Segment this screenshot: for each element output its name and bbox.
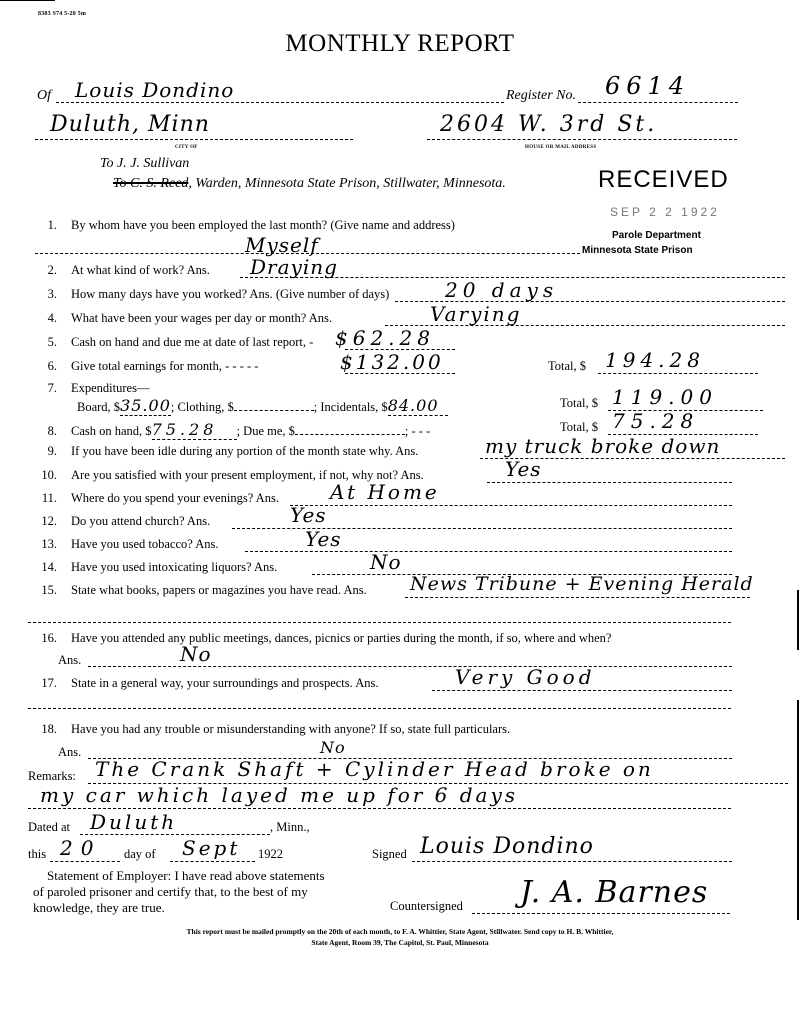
signed-label: Signed: [372, 847, 407, 862]
stamp-organization: Minnesota State Prison: [582, 245, 693, 256]
register-number: 6614: [605, 72, 690, 100]
day-line: [50, 861, 120, 862]
question-8: 8.Cash on hand, $75.28; Due me, $; - - -: [33, 420, 430, 440]
answer-17: Very Good: [455, 665, 596, 689]
address-line: [427, 139, 737, 140]
expenditures-row: Board, $35.00; Clothing, $; Incidentals,…: [77, 396, 448, 416]
answer-line-16: [88, 666, 732, 667]
answer-13: Yes: [305, 527, 342, 551]
employer-signature: J. A. Barnes: [520, 875, 708, 910]
scan-edge-line: [0, 0, 55, 1]
answer-1: Myself: [245, 233, 319, 257]
dated-state: , Minn.,: [270, 820, 310, 835]
question-15: 15.State what books, papers or magazines…: [33, 583, 367, 598]
question-18: 18.Have you had any trouble or misunders…: [33, 722, 510, 737]
clothing-value: [234, 410, 314, 411]
struck-name: To C. S. Reed: [113, 176, 188, 191]
city-line: [35, 139, 353, 140]
question-13: 13.Have you used tobacco? Ans.: [33, 537, 219, 552]
answer-16: No: [180, 642, 212, 666]
cash-on-hand-value: 75.28: [152, 420, 237, 440]
question-14: 14.Have you used intoxicating liquors? A…: [33, 560, 277, 575]
due-me-value: [295, 434, 405, 435]
of-label: Of: [37, 88, 51, 104]
answer-9: my truck broke down: [485, 434, 720, 458]
employer-statement: Statement of Employer: I have read above…: [33, 868, 338, 916]
to-label: To J. J. Sullivan: [100, 156, 189, 172]
question-7: 7.Expenditures—: [33, 381, 149, 396]
answer-2: Draying: [250, 255, 338, 279]
total-8: 75.28: [612, 409, 699, 433]
question-12: 12.Do you attend church? Ans.: [33, 514, 210, 529]
answer-12: Yes: [290, 503, 327, 527]
warden-line: To C. S. Reed, Warden, Minnesota State P…: [113, 176, 506, 192]
question-17: 17.State in a general way, your surround…: [33, 676, 378, 691]
remarks-text-1: The Crank Shaft + Cylinder Head broke on: [95, 757, 654, 781]
answer-3: 20 days: [445, 278, 558, 302]
answer-18: No: [320, 738, 346, 757]
question-2: 2.At what kind of work? Ans.: [33, 263, 210, 278]
received-stamp: RECEIVED: [598, 166, 729, 194]
ans-label-18: Ans.: [58, 745, 81, 760]
answer-line-10: [487, 482, 732, 483]
total-label-6: Total, $: [548, 359, 586, 374]
answer-line-17: [432, 690, 732, 691]
question-1: 1.By whom have you been employed the las…: [33, 218, 455, 233]
remarks-text-2: my car which layed me up for 6 days: [40, 783, 518, 807]
total-label-8: Total, $: [560, 420, 598, 435]
register-label: Register No.: [506, 88, 576, 104]
page-title: MONTHLY REPORT: [0, 30, 800, 58]
countersigned-line: [472, 913, 730, 914]
city-caption: CITY OF: [175, 145, 198, 150]
answer-line-15b: [28, 622, 731, 623]
parolee-signature: Louis Dondino: [420, 834, 594, 859]
board-value: 35.00: [120, 396, 171, 416]
this-label: this: [28, 847, 46, 862]
city-value: Duluth, Minn: [50, 112, 210, 137]
of-line: [56, 102, 504, 103]
answer-line-15: [405, 597, 750, 598]
signature-line: [412, 861, 732, 862]
warden-text: , Warden, Minnesota State Prison, Stillw…: [188, 176, 505, 191]
footer-line-1: This report must be mailed promptly on t…: [0, 927, 800, 936]
scan-edge-bar: [797, 590, 799, 650]
day-of-label: day of: [124, 847, 156, 862]
answer-5: $62.28: [335, 326, 435, 350]
question-6: 6.Give total earnings for month, - - - -…: [33, 359, 258, 374]
dated-month: Sept: [182, 836, 240, 860]
form-code: 8383 S74 5-20 5m: [38, 11, 86, 17]
total-7: 119.00: [612, 385, 718, 409]
answer-11: At Home: [330, 480, 440, 504]
total-line-6: [598, 373, 758, 374]
remarks-label: Remarks:: [28, 769, 76, 784]
answer-6: $132.00: [340, 350, 444, 374]
month-line: [170, 861, 255, 862]
dated-label: Dated at: [28, 820, 70, 835]
scan-edge-bar-lower: [797, 700, 799, 920]
address-caption: HOUSE OR MAIL ADDRESS: [525, 145, 596, 150]
total-label-7: Total, $: [560, 396, 598, 411]
register-line: [578, 102, 738, 103]
dated-year: 1922: [258, 847, 283, 862]
countersigned-label: Countersigned: [390, 899, 463, 914]
dated-place-line: [80, 834, 270, 835]
incidentals-value: 84.00: [388, 396, 448, 416]
answer-4: Varying: [430, 302, 521, 326]
dated-place: Duluth: [90, 810, 177, 834]
question-3: 3.How many days have you worked? Ans. (G…: [33, 287, 389, 302]
stamp-date: SEP 2 2 1922: [610, 205, 720, 219]
answer-line-17b: [28, 708, 731, 709]
question-16: 16.Have you attended any public meetings…: [33, 631, 611, 646]
total-6: 194.28: [605, 348, 705, 372]
remarks-line-2: [28, 808, 731, 809]
question-11: 11.Where do you spend your evenings? Ans…: [33, 491, 279, 506]
address-value: 2604 W. 3rd St.: [440, 112, 657, 137]
question-5: 5.Cash on hand and due me at date of las…: [33, 335, 313, 350]
question-4: 4.What have been your wages per day or m…: [33, 311, 332, 326]
stamp-department: Parole Department: [612, 230, 701, 241]
footer-line-2: State Agent, Room 39, The Capitol, St. P…: [0, 938, 800, 947]
answer-10: Yes: [505, 457, 542, 481]
question-9: 9.If you have been idle during any porti…: [33, 444, 418, 459]
dated-day: 20: [60, 836, 101, 860]
ans-label-16: Ans.: [58, 653, 81, 668]
answer-14: No: [370, 550, 402, 574]
answer-line-13: [245, 551, 732, 552]
answer-15: News Tribune + Evening Herald: [410, 573, 754, 595]
answer-line-11: [290, 505, 732, 506]
parolee-name: Louis Dondino: [75, 78, 234, 102]
